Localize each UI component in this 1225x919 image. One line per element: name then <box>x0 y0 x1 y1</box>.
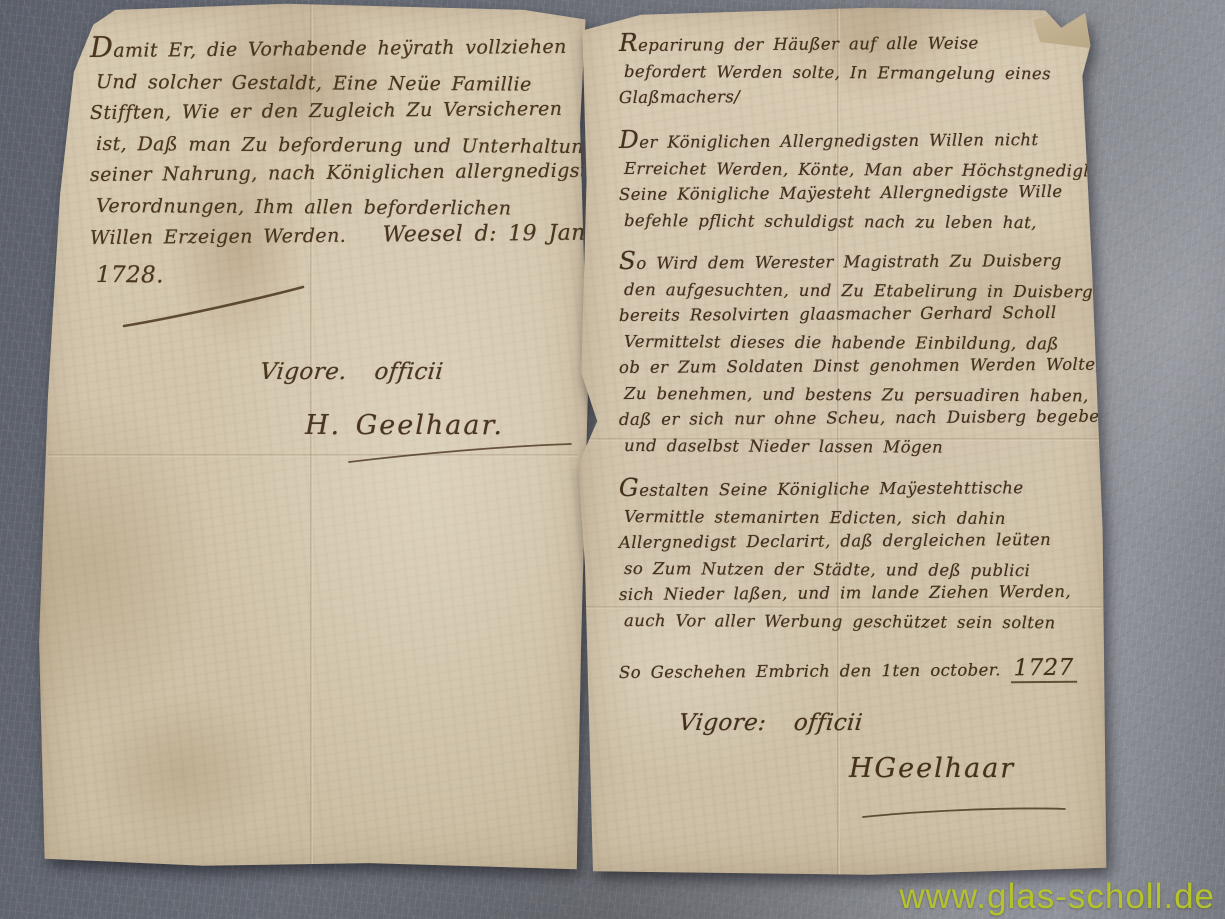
paragraph: Damit Er, die Vorhabende heÿrath vollzie… <box>90 32 570 254</box>
paragraph: Reparirung der Häußer auf alle Weise bef… <box>619 30 1089 111</box>
photo-metal-surface: Damit Er, die Vorhabende heÿrath vollzie… <box>0 0 1225 919</box>
signature-block: H. Geelhaar. <box>305 410 570 466</box>
manuscript-line: Damit Er, die Vorhabende heÿrath vollzie… <box>90 28 570 67</box>
date-line: So Geschehen Embrich den 1ten october. 1… <box>619 655 1089 686</box>
manuscript-line: befehle pflicht schuldigst nach zu leben… <box>624 208 1089 236</box>
watermark-url: www.glas-scholl.de <box>899 877 1215 917</box>
year-1728: 1728. <box>96 260 570 294</box>
closing-formula: Vigore. officii <box>258 357 571 388</box>
manuscript-line: Willen Erzeigen Werden. Weesel d: 19 Jan… <box>90 218 570 254</box>
paragraph: Der Königlichen Allergnedigsten Willen n… <box>619 127 1089 234</box>
place-date: Weesel d: 19 Janu <box>382 221 600 248</box>
date-prefix: So Geschehen Embrich den 1ten october. <box>619 660 1001 682</box>
signature: HGeelhaar <box>849 753 1015 784</box>
signature-flourish <box>345 440 575 466</box>
left-document-paper: Damit Er, die Vorhabende heÿrath vollzie… <box>38 2 590 878</box>
manuscript-line: Stifften, Wie er den Zugleich Zu Versich… <box>90 94 570 129</box>
year-1727: 1727 <box>1010 655 1076 683</box>
signature-flourish <box>859 801 1069 823</box>
manuscript-line: seiner Nahrung, nach Königlichen allergn… <box>90 156 570 191</box>
manuscript-text-block: Reparirung der Häußer auf alle Weise bef… <box>619 30 1089 823</box>
signature-block: HGeelhaar <box>849 756 1089 823</box>
manuscript-line: auch Vor aller Werbung geschützet sein s… <box>624 608 1089 636</box>
signature: H. Geelhaar. <box>305 410 504 441</box>
manuscript-line: daß er sich nur ohne Scheu, nach Duisber… <box>619 404 1089 433</box>
manuscript-line: Glaßmachers/ <box>619 82 1089 111</box>
manuscript-line: Gestalten Seine Königliche Maÿestehttisc… <box>619 472 1089 504</box>
paragraph: So Wird dem Werester Magistrath Zu Duisb… <box>619 248 1089 459</box>
manuscript-line: und daselbst Nieder lassen Mögen <box>624 433 1089 461</box>
manuscript-line: So Wird dem Werester Magistrath Zu Duisb… <box>619 245 1089 277</box>
manuscript-line-end: Willen Erzeigen Werden. <box>90 225 346 249</box>
manuscript-line: Allergnedigst Declarirt, daß dergleichen… <box>619 527 1089 556</box>
manuscript-line: bereits Resolvirten glaasmacher Gerhard … <box>619 300 1089 329</box>
left-document-1728: Damit Er, die Vorhabende heÿrath vollzie… <box>38 2 590 878</box>
right-document-1727: Reparirung der Häußer auf alle Weise bef… <box>577 6 1109 880</box>
manuscript-line: Der Königlichen Allergnedigsten Willen n… <box>619 124 1089 156</box>
right-document-paper: Reparirung der Häußer auf alle Weise bef… <box>577 6 1109 880</box>
manuscript-line: Seine Königliche Maÿesteht Allergnedigst… <box>619 179 1089 208</box>
manuscript-line: Reparirung der Häußer auf alle Weise <box>619 27 1089 59</box>
manuscript-line: ob er Zum Soldaten Dinst genohmen Werden… <box>619 352 1089 381</box>
manuscript-text-block: Damit Er, die Vorhabende heÿrath vollzie… <box>90 32 570 466</box>
manuscript-line: sich Nieder laßen, und im lande Ziehen W… <box>619 579 1089 608</box>
paragraph: Gestalten Seine Königliche Maÿestehttisc… <box>619 475 1089 634</box>
closing-formula: Vigore: officii <box>678 710 1091 736</box>
